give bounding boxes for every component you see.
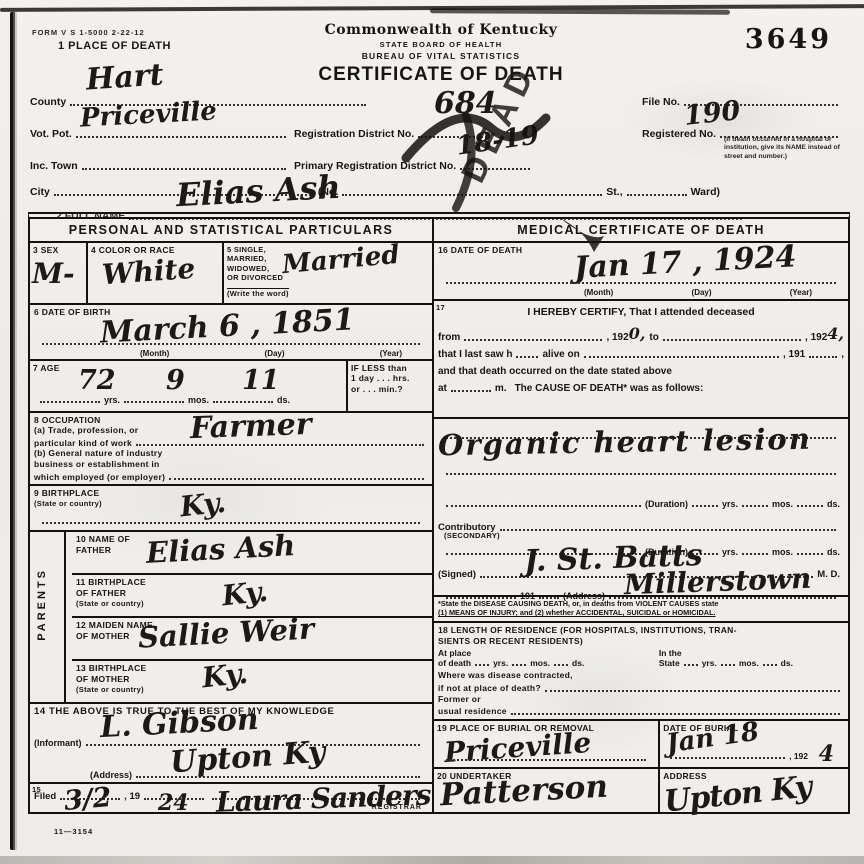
burial-place-dots [446,757,646,761]
md-label: M. D. [817,569,840,580]
last-saw-dots-1 [516,354,538,358]
certificate-number: 3649 [745,24,832,55]
father-birthplace-row: 11 BIRTHPLACE OF FATHER (State or countr… [72,575,432,618]
rs-dots-2 [721,662,735,666]
certify-block: 17 I HEREBY CERTIFY, That I attended dec… [434,301,848,419]
year2-handwritten: 4, [827,324,844,343]
color-race-cell: 4 COLOR OR RACE White [88,243,224,303]
age-dots-1 [40,399,100,403]
occupation-b-line3: which employed (or employer) [34,472,165,483]
inc-town-label: Inc. Town [30,160,78,172]
rp-dots-1 [475,662,489,666]
secondary-note: (SECONDARY) [444,531,500,540]
dur1-dots-3 [797,503,823,507]
comma-label: , [841,349,844,360]
age-yrs-label: yrs. [104,395,120,405]
age-row: 7 AGE yrs. mos. ds. 72 9 11 [30,361,432,413]
burial-place-cell: 19 PLACE OF BURIAL OR REMOVAL Priceville [434,721,660,767]
if-less-line1: IF LESS than [351,363,429,374]
age-days-handwritten: 11 [242,365,280,396]
bureau-line: BUREAU OF VITAL STATISTICS [276,51,606,61]
dur2-yrs: yrs. [722,547,738,557]
birthplace-label: 9 BIRTHPLACE [34,488,428,499]
date-of-birth-row: 6 DATE OF BIRTH March 6 , 1851 (Month) (… [30,305,432,361]
undertaker-row: 20 UNDERTAKER Patterson ADDRESS Upton Ky [434,769,848,812]
cause-intro-label: The CAUSE OF DEATH* was as follows: [515,383,704,394]
dob-year-label: (Year) [380,349,402,358]
cause-dots-2 [442,471,840,477]
if-less-cell: IF LESS than 1 day . . . hrs. or . . . m… [348,361,432,411]
occupation-a-line2: particular kind of work [34,438,132,449]
dob-dots [42,341,420,345]
registrar-label: REGISTRAR [372,804,422,811]
year1-printed: , 192 [606,332,628,343]
dob-dotted-line [38,341,424,347]
birthplace-dots [42,520,420,524]
burial-date-dots-line: , 192 [666,751,808,761]
voting-precinct-label: Vot. Pot. [30,128,72,140]
city-no-dotted-line [342,192,602,196]
mother-bp-label-2: OF MOTHER [76,674,428,685]
alive-on-dots [584,354,779,358]
certify-at-line: at m. The CAUSE OF DEATH* was as follows… [438,383,844,394]
rp-dots-2 [512,662,526,666]
sex-cell: 3 SEX M- [30,243,88,303]
age-years-handwritten: 72 [78,365,116,396]
age-cell: 7 AGE yrs. mos. ds. 72 9 11 [30,361,348,411]
residence-label-2: SIENTS OR RECENT RESIDENTS) [438,636,844,647]
former-label-1: Former or [438,694,844,705]
rp-yrs: yrs. [493,658,508,668]
if-less-line2: 1 day . . . hrs. [351,373,429,384]
place-of-death-heading: 1 PLACE OF DEATH [58,40,171,52]
birthplace-row: 9 BIRTHPLACE (State or country) Ky. [30,486,432,532]
personal-particulars-column: PERSONAL AND STATISTICAL PARTICULARS 3 S… [30,219,434,812]
certify-from-line: from , 192 0, to , 192 4, [438,324,844,343]
dur1-mos: mos. [772,499,793,509]
occupation-row: 8 OCCUPATION (a) Trade, profession, or p… [30,413,432,487]
father-name-row: 10 NAME OF FATHER Elias Ash [72,532,432,575]
undertaker-cell: 20 UNDERTAKER Patterson [434,769,660,812]
hospital-note: (If death occurred in a hospital or inst… [724,136,842,161]
certificate-body: PERSONAL AND STATISTICAL PARTICULARS 3 S… [28,212,850,814]
registrar-signature-handwritten: Laura Sanders [215,779,430,819]
from-dots [464,337,602,341]
file-no-field: File No. [642,96,842,108]
at-place-line: of death yrs. mos. ds. [438,658,651,668]
to-dots [663,337,801,341]
filed-row: 15 Filed , 19 3/2 24 Laura Sanders REGIS… [30,784,432,812]
rs-ds: ds. [781,658,793,668]
marital-status-cell: 5 SINGLE, MARRIED, WIDOWED, OR DIVORCED … [224,243,432,303]
contracted-label-2: if not at place of death? [438,683,541,694]
undertaker-handwritten: Patterson [439,768,609,813]
dob-mdy-labels: (Month) (Day) (Year) [30,349,432,358]
age-dots-2 [124,399,184,403]
dur1-yrs: yrs. [722,499,738,509]
filed-label: Filed [34,791,56,802]
informant-label: (Informant) [34,738,82,748]
birthplace-handwritten: Ky. [178,486,227,524]
certificate-title: CERTIFICATE OF DEATH [276,64,606,86]
dod-mdy-labels: (Month) (Day) (Year) [434,288,848,297]
addr-dots-0 [446,595,516,599]
residence-label-1: 18 LENGTH OF RESIDENCE (FOR HOSPITALS, I… [438,625,844,636]
residence-block: 18 LENGTH OF RESIDENCE (FOR HOSPITALS, I… [434,623,848,721]
dob-day-label: (Day) [265,349,285,358]
certify-line1: I HEREBY CERTIFY, That I attended deceas… [438,306,844,318]
at-place-group: At place of death yrs. mos. ds. [438,648,651,668]
city-label: City [30,186,50,198]
form-code: FORM V S 1-5000 2-22-12 [32,28,145,37]
to-label: to [649,332,658,343]
father-bp-handwritten: Ky. [220,575,269,613]
dod-day-label: (Day) [692,288,712,297]
mother-birthplace-row: 13 BIRTHPLACE OF MOTHER (State or countr… [72,661,432,702]
addr-dots-1 [539,595,559,599]
commonwealth-line: Commonwealth of Kentucky [276,22,606,38]
scan-bottom-band [0,856,864,864]
contributory-dots [500,527,836,531]
occupation-handwritten: Farmer [189,406,312,445]
contracted-line: if not at place of death? [438,683,844,694]
cause-of-death-block: Organic heart lesion (Duration) yrs. mos… [434,419,848,597]
birthplace-note: (State or country) [34,499,428,508]
dod-month-label: (Month) [584,288,613,297]
father-name-handwritten: Elias Ash [145,528,296,570]
medical-certificate-column: MEDICAL CERTIFICATE OF DEATH 16 DATE OF … [434,219,848,812]
dur1-dots-1 [692,503,718,507]
if-less-line3: or . . . min.? [351,384,429,395]
physician-address-handwritten: Millerstown [623,562,811,602]
rs-yrs: yrs. [702,658,717,668]
city-st-dotted-line [627,192,687,196]
from-label: from [438,332,460,343]
rp-mos: mos. [530,658,550,668]
year1-handwritten: 0, [629,324,646,343]
at-place-label-1: At place [438,648,651,658]
year3-dots [809,354,837,358]
duration-label-1: (Duration) [645,499,688,509]
mother-name-row: 12 MAIDEN NAME OF MOTHER Sallie Weir [72,618,432,661]
burial-year-printed: , 192 [789,751,808,761]
dur1-dots-2 [742,503,768,507]
certify-box-number: 17 [436,303,445,312]
county-handwritten: Hart [85,57,165,97]
rp-dots-3 [554,662,568,666]
address-label: (Address) [563,591,605,601]
masthead: Commonwealth of Kentucky STATE BOARD OF … [276,22,606,86]
personal-section-title: PERSONAL AND STATISTICAL PARTICULARS [30,219,432,243]
in-the-label: In the [659,648,844,658]
sex-color-marital-row: 3 SEX M- 4 COLOR OR RACE White 5 SINGLE,… [30,243,432,305]
former-label-2: usual residence [438,706,507,717]
filed-date-handwritten: 3/2 [63,782,113,817]
rs-mos: mos. [739,658,759,668]
parents-block: PARENTS 10 NAME OF FATHER Elias Ash 11 B… [30,532,432,704]
scanned-death-certificate: { "paper": { "cert_number": "3649", "for… [0,0,864,864]
at-dots [451,388,491,392]
in-state-group: In the State yrs. mos. ds. [659,648,844,668]
dur2-dots-3 [797,551,823,555]
dod-dots-line [442,280,840,286]
attest-row: 14 THE ABOVE IS TRUE TO THE BEST OF MY K… [30,704,432,784]
sex-handwritten: M- [32,257,75,290]
city-ward-label: Ward) [691,186,720,198]
occupation-b-dots [169,476,424,480]
dob-month-label: (Month) [140,349,169,358]
city-field: City (No. St., Ward) [30,186,720,198]
former-line: usual residence [438,706,844,717]
parents-vertical-label: PARENTS [36,568,48,641]
burial-year-handwritten: 4 [819,741,834,767]
age-mos-label: mos. [188,395,209,405]
informant-address-label: (Address) [90,770,132,780]
dur1-ds: ds. [827,499,840,509]
burial-place-dots-line [442,757,650,763]
contracted-label-1: Where was disease contracted, [438,670,844,681]
rs-dots-3 [763,662,777,666]
mother-name-handwritten: Sallie Weir [137,612,315,655]
color-race-handwritten: White [101,252,196,291]
inc-town-field: Inc. Town [30,160,290,172]
last-saw-label: that I last saw h [438,349,512,360]
burial-date-cell: DATE OF BURIAL Jan 18 , 192 4 [660,721,848,767]
filed-year-printed: , 19 [124,791,140,802]
at-label: at [438,383,447,394]
mother-bp-note: (State or country) [76,685,428,694]
registration-district-label: Registration District No. [294,128,414,140]
file-no-label: File No. [642,96,680,108]
inc-town-dotted-line [82,166,286,170]
cause-of-death-handwritten: Organic heart lesion [438,422,812,463]
dur2-mos: mos. [772,547,793,557]
signed-label: (Signed) [438,569,476,580]
birthplace-dots-line [38,520,424,526]
footnote-line2: (1) MEANS OF INJURY; and (2) whether ACC… [438,608,844,617]
dur1-dots-0 [446,503,641,507]
year2-printed: , 192 [805,332,827,343]
dod-year-label: (Year) [790,288,812,297]
plate-code: 11—3154 [54,827,93,836]
filed-year-handwritten: 24 [158,790,189,816]
book-binding-edge [10,12,17,850]
in-state-line: State yrs. mos. ds. [659,658,844,668]
rs-dots-1 [684,662,698,666]
undertaker-address-cell: ADDRESS Upton Ky [660,769,848,812]
burial-date-dots [670,755,785,759]
city-st-label: St., [606,186,622,198]
year3-printed: , 191 [783,349,805,360]
year191-label: 191 [520,591,535,601]
certify-occurred-line: and that death occurred on the date stat… [438,366,844,377]
age-dots-3 [213,399,273,403]
residence-duration-line: At place of death yrs. mos. ds. In the [438,648,844,668]
dur2-ds: ds. [827,547,840,557]
at-place-label-2: of death [438,658,471,668]
state-board-line: STATE BOARD OF HEALTH [276,40,606,49]
age-ds-label: ds. [277,395,290,405]
certificate-header: FORM V S 1-5000 2-22-12 1 PLACE OF DEATH… [26,14,850,212]
age-months-handwritten: 9 [166,365,185,396]
sex-label: 3 SEX [33,245,83,256]
alive-on-label: alive on [542,349,579,360]
rp-ds: ds. [572,658,584,668]
occupation-b-line1: (b) General nature of industry [34,448,428,459]
cause-dots-line2 [446,471,836,475]
age-line: yrs. mos. ds. [36,395,340,405]
duration-line-1: (Duration) yrs. mos. ds. [442,499,840,509]
full-name-handwritten: Elias Ash [175,168,341,215]
mother-bp-handwritten: Ky. [200,657,249,695]
certificate-document: FORM V S 1-5000 2-22-12 1 PLACE OF DEATH… [26,14,850,842]
marital-note: (Write the word) [227,288,289,298]
county-label: County [30,96,66,108]
dod-dots [446,280,836,284]
certify-last-saw-line: that I last saw h alive on , 191 , [438,349,844,360]
m-label: m. [495,383,507,394]
occupation-b-line2: business or establishment in [34,459,428,470]
dur2-dots-2 [742,551,768,555]
registered-no-handwritten: 190 [682,95,741,132]
state-label: State [659,658,680,668]
voting-precinct-field: Vot. Pot. [30,128,290,140]
burial-row: 19 PLACE OF BURIAL OR REMOVAL Priceville… [434,721,848,769]
former-dots [511,711,840,715]
mother-bp-label-1: 13 BIRTHPLACE [76,663,428,674]
voting-precinct-dotted-line [76,134,286,138]
date-of-death-row: 16 DATE OF DEATH Jan 17 , 1924 (Month) (… [434,243,848,301]
occupation-b-line3-field: which employed (or employer) [34,472,428,483]
contracted-dots [545,688,840,692]
